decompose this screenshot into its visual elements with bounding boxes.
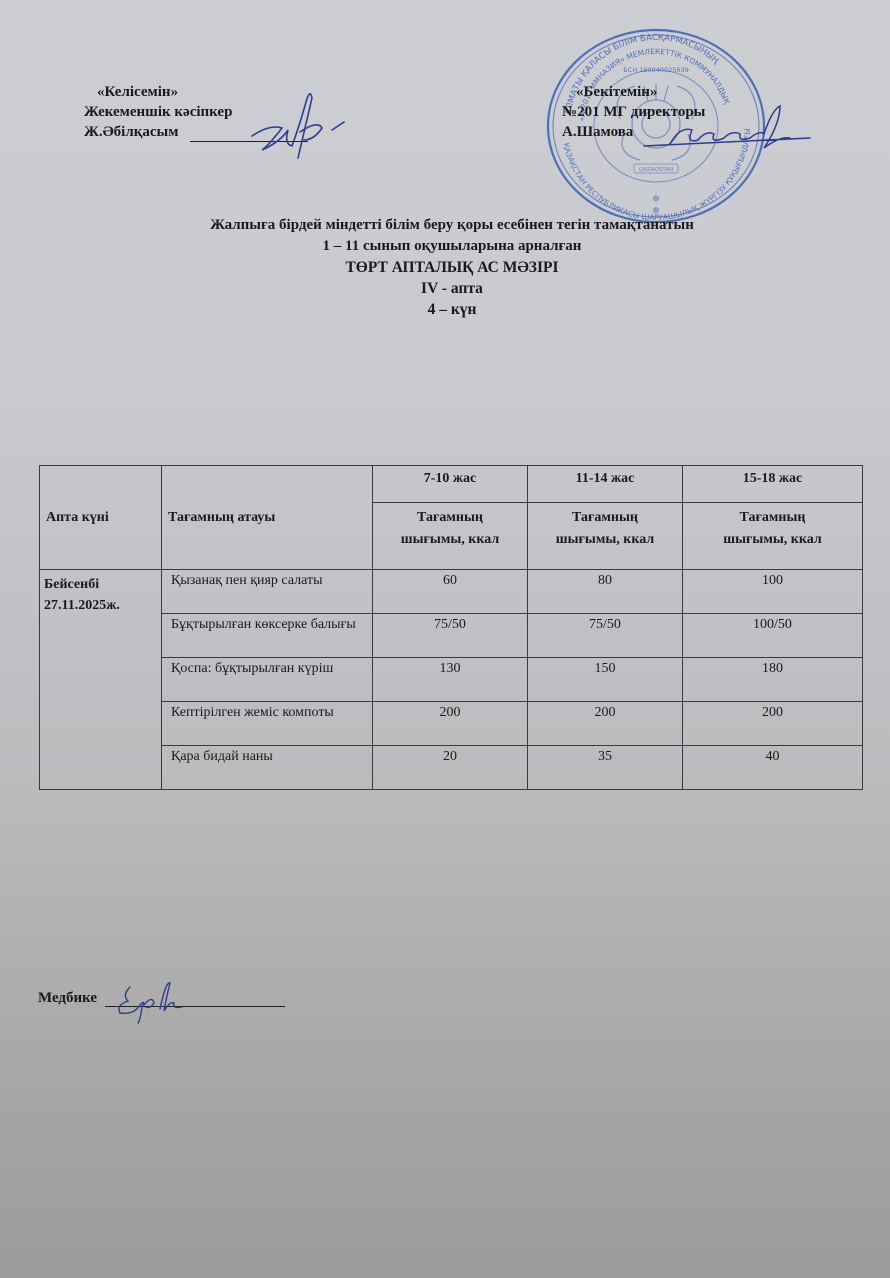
yield-value: 200 xyxy=(373,702,528,746)
yield-value: 60 xyxy=(373,570,528,614)
yield-value: 180 xyxy=(683,658,863,702)
yield-value: 75/50 xyxy=(528,614,683,658)
nurse-label: Медбике xyxy=(38,990,97,1006)
yield-value: 150 xyxy=(528,658,683,702)
approval-left-name: Ж.Әбілқасым xyxy=(84,124,178,140)
dish-name: Кептірілген жеміс компоты xyxy=(162,702,373,746)
title-line-3: ТӨРТ АПТАЛЫҚ АС МӘЗІРІ xyxy=(0,257,890,278)
yield-value: 100/50 xyxy=(683,614,863,658)
yield-value: 100 xyxy=(683,570,863,614)
yield-value: 35 xyxy=(528,746,683,790)
approval-left-role: Жекеменшік кәсіпкер xyxy=(84,102,308,122)
signature-line xyxy=(190,141,308,142)
day-cell: Бейсенбі 27.11.2025ж. xyxy=(40,570,162,790)
yield-value: 75/50 xyxy=(373,614,528,658)
header-age-15-18: 15-18 жас xyxy=(683,466,863,503)
nurse-signature-block: Медбике xyxy=(38,990,285,1007)
menu-table: Апта күні Тағамның атауы 7-10 жас 11-14 … xyxy=(39,465,863,790)
date: 27.11.2025ж. xyxy=(44,595,161,616)
stamp-emblem-label: QAZAQSTAN xyxy=(639,167,673,173)
header-dish: Тағамның атауы xyxy=(162,466,373,570)
day-label: 4 – күн xyxy=(0,299,890,320)
week-label: IV - апта xyxy=(0,278,890,299)
approval-right-heading: «Бекітемін» xyxy=(562,82,705,102)
yield-value: 80 xyxy=(528,570,683,614)
table-row: Қара бидай наны 20 35 40 xyxy=(40,746,863,790)
dish-name: Қызанақ пен қияр салаты xyxy=(162,570,373,614)
title-line-1: Жалпыға бірдей міндетті білім беру қоры … xyxy=(0,215,890,236)
yield-value: 130 xyxy=(373,658,528,702)
yield-value: 20 xyxy=(373,746,528,790)
title-line-2: 1 – 11 сынып оқушыларына арналған xyxy=(0,236,890,257)
approval-right-role: №201 МГ директоры xyxy=(562,102,705,122)
dish-name: Бұқтырылған көксерке балығы xyxy=(162,614,373,658)
header-yield: Тағамныңшығымы, ккал xyxy=(683,503,863,570)
table-row: Қоспа: бұқтырылған күріш 130 150 180 xyxy=(40,658,863,702)
stamp-bin: БСН 190040025639 xyxy=(623,66,689,74)
document-title: Жалпыға бірдей міндетті білім беру қоры … xyxy=(0,215,890,320)
dish-name: Қара бидай наны xyxy=(162,746,373,790)
table-row: Бұқтырылған көксерке балығы 75/50 75/50 … xyxy=(40,614,863,658)
header-yield: Тағамныңшығымы, ккал xyxy=(528,503,683,570)
approval-block-right: «Бекітемін» №201 МГ директоры А.Шамова xyxy=(562,82,705,142)
header-yield: Тағамныңшығымы, ккал xyxy=(373,503,528,570)
header-age-7-10: 7-10 жас xyxy=(373,466,528,503)
weekday: Бейсенбі xyxy=(44,574,161,595)
table-header-row: Апта күні Тағамның атауы 7-10 жас 11-14 … xyxy=(40,466,863,503)
yield-value: 40 xyxy=(683,746,863,790)
header-day: Апта күні xyxy=(40,466,162,570)
yield-value: 200 xyxy=(528,702,683,746)
approval-left-heading: «Келісемін» xyxy=(84,82,308,102)
signature-line xyxy=(105,1006,285,1007)
table-row: Бейсенбі 27.11.2025ж. Қызанақ пен қияр с… xyxy=(40,570,863,614)
approval-block-left: «Келісемін» Жекеменшік кәсіпкер Ж.Әбілқа… xyxy=(84,82,308,142)
header-age-11-14: 11-14 жас xyxy=(528,466,683,503)
yield-value: 200 xyxy=(683,702,863,746)
approval-right-name: А.Шамова xyxy=(562,122,705,142)
table-row: Кептірілген жеміс компоты 200 200 200 xyxy=(40,702,863,746)
stamp-star-icon: ❄ xyxy=(652,194,660,205)
dish-name: Қоспа: бұқтырылған күріш xyxy=(162,658,373,702)
